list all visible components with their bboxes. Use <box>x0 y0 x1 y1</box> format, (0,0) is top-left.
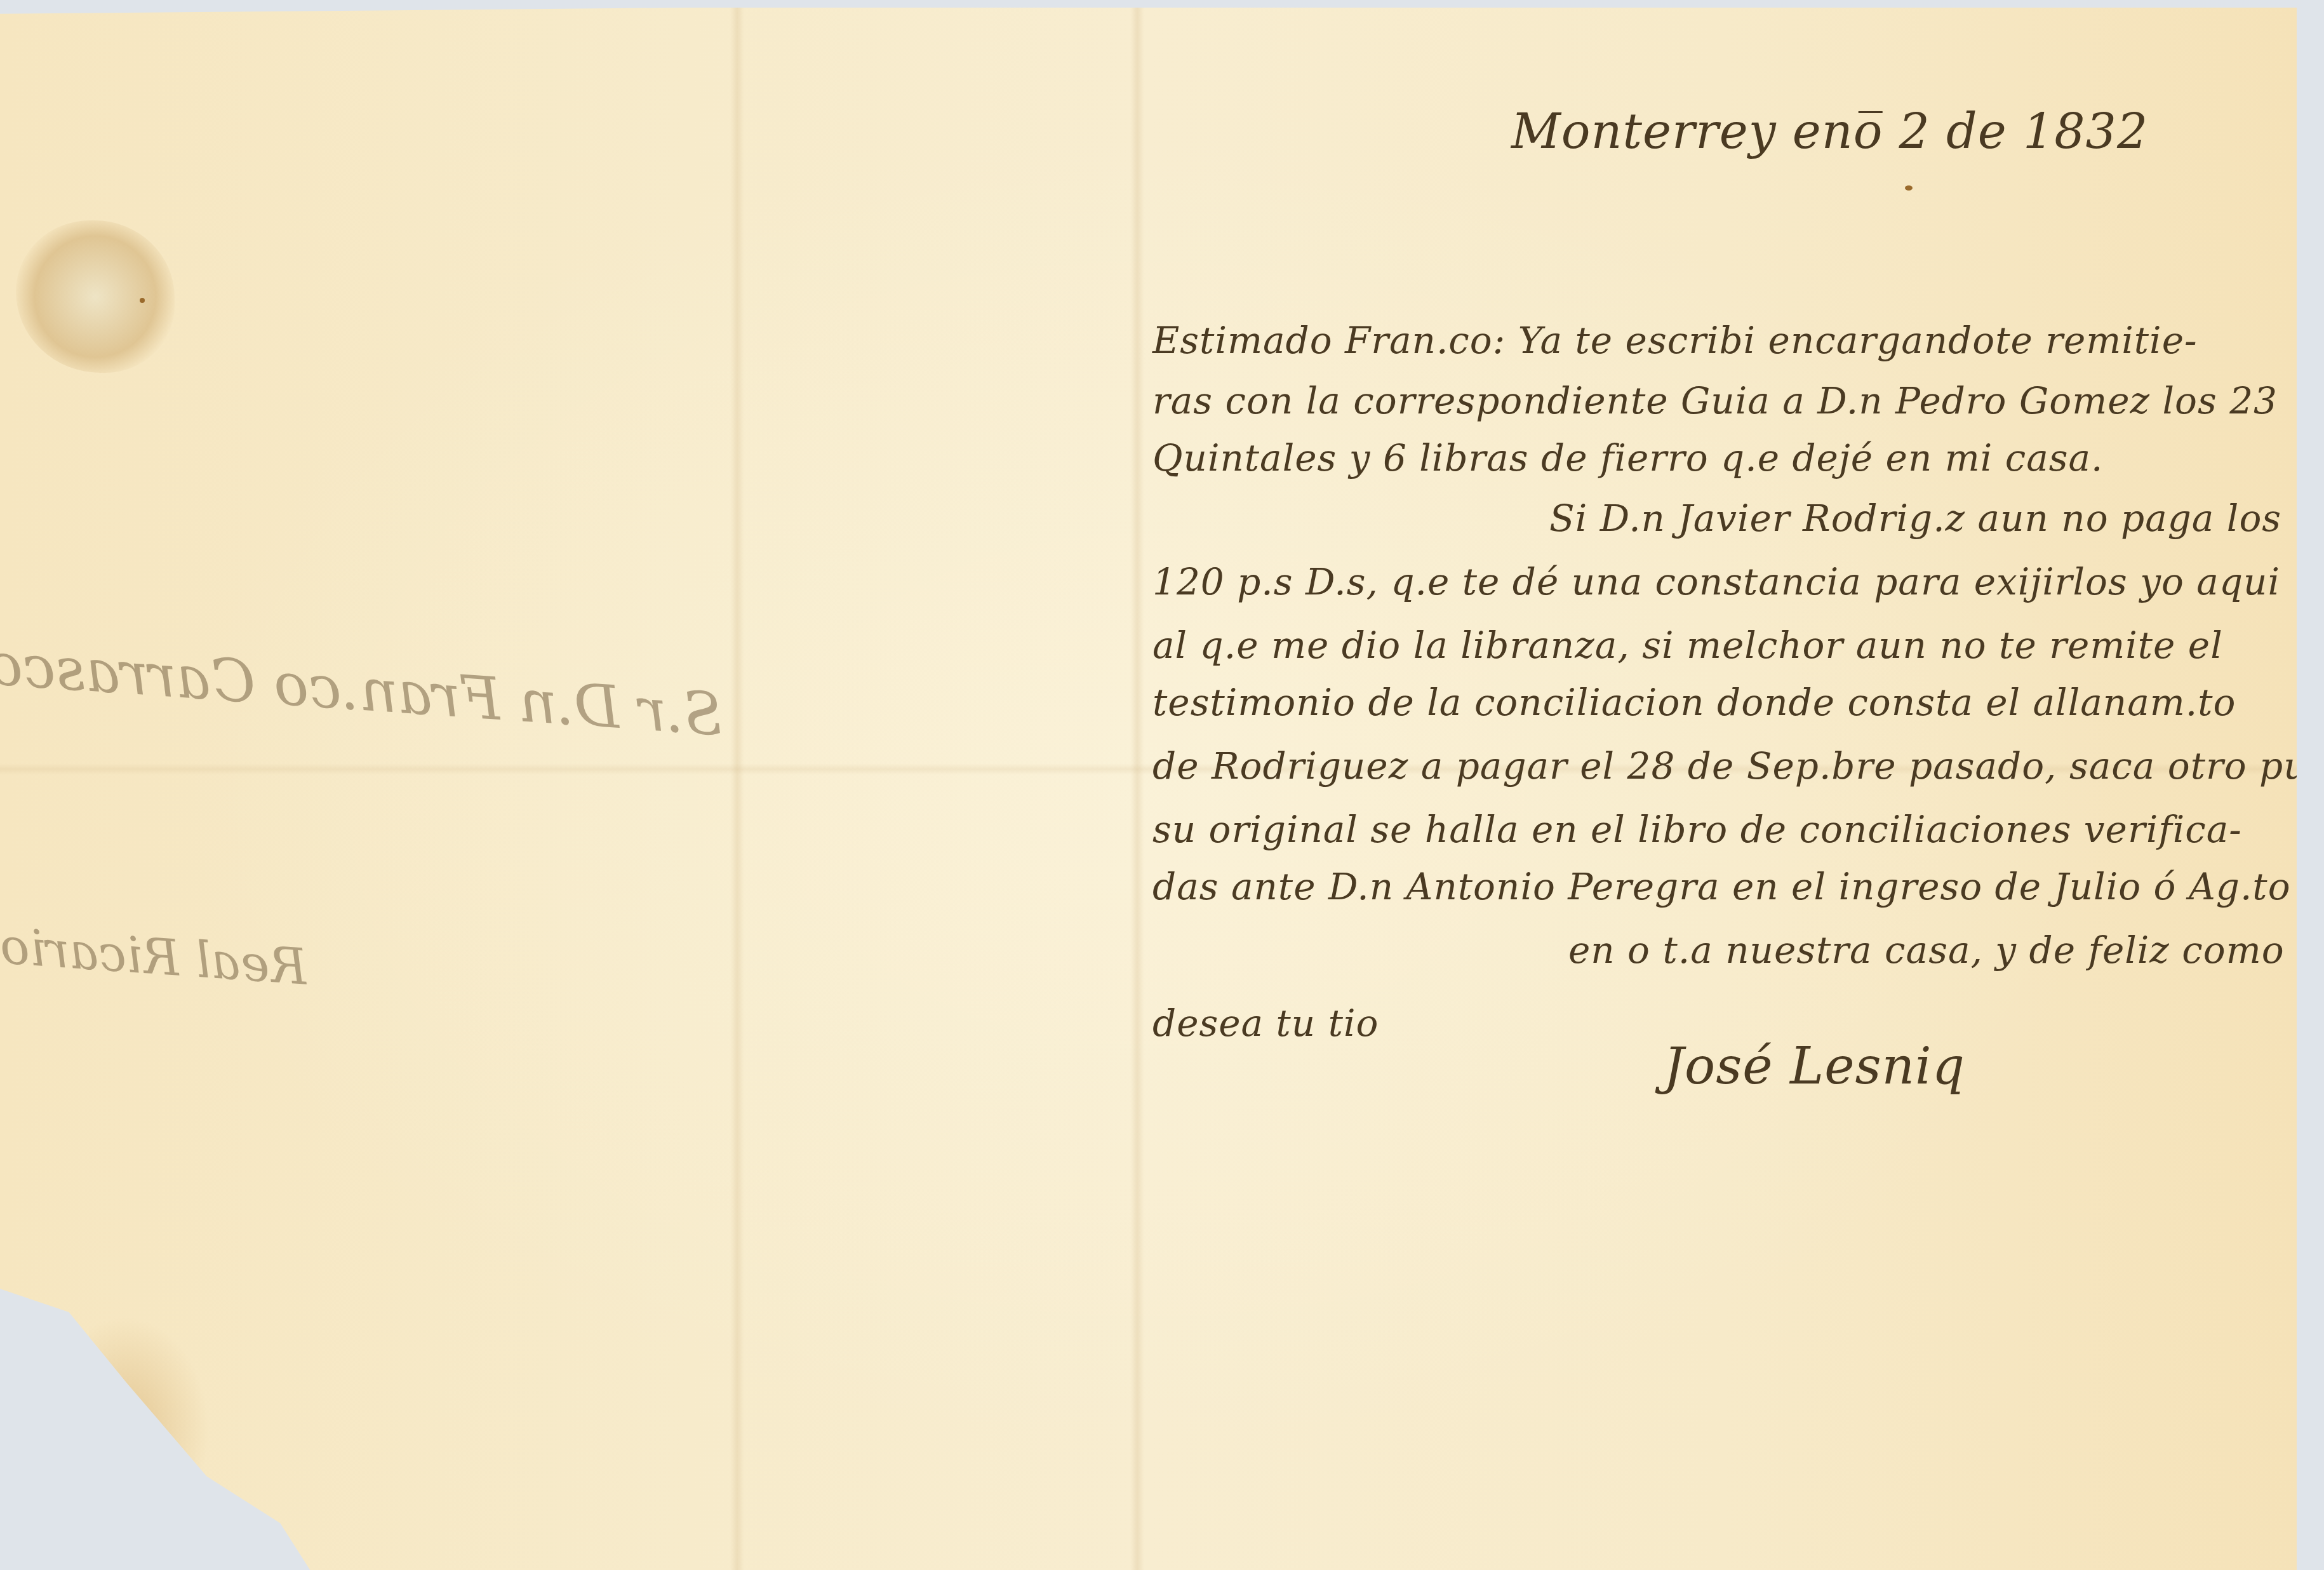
body-line-6: al q.e me dio la libranza, si melchor au… <box>1152 624 2223 667</box>
bleed-through-address-line-1: S.r D.n Fran.co Carrasco <box>0 630 725 749</box>
vertical-fold-left <box>730 8 744 1570</box>
body-line-7: testimonio de la conciliacion donde cons… <box>1152 681 2236 724</box>
signature: José Lesniq <box>1664 1037 1965 1096</box>
closing-line: desea tu tio <box>1152 1002 1379 1045</box>
body-line-11: en o t.a nuestra casa, y de feliz como <box>1568 929 2285 972</box>
vertical-fold-center <box>1130 8 1144 1570</box>
ink-speck <box>140 298 145 303</box>
bleed-through-address-line-2: Real Ricario <box>0 918 309 996</box>
wax-seal-stain <box>16 220 175 373</box>
body-line-1: Estimado Fran.co: Ya te escribi encargan… <box>1152 319 2198 362</box>
torn-corner-stain <box>89 1316 210 1545</box>
body-line-9: su original se halla en el libro de conc… <box>1152 808 2242 851</box>
body-line-3: Quintales y 6 libras de fierro q.e dejé … <box>1152 436 2104 480</box>
letter-sheet: S.r D.n Fran.co Carrasco Real Ricario Mo… <box>0 8 2297 1570</box>
body-line-2: ras con la correspondiente Guia a D.n Pe… <box>1152 379 2278 422</box>
body-line-4: Si D.n Javier Rodrig.z aun no paga los <box>1549 497 2281 540</box>
ink-speck <box>1905 185 1913 191</box>
body-line-8: de Rodriguez a pagar el 28 de Sep.bre pa… <box>1152 744 2324 788</box>
body-line-5: 120 p.s D.s, q.e te dé una constancia pa… <box>1152 560 2280 603</box>
dateline: Monterrey eno̅ 2 de 1832 <box>1511 103 2148 159</box>
body-line-10: das ante D.n Antonio Peregra en el ingre… <box>1152 865 2291 908</box>
